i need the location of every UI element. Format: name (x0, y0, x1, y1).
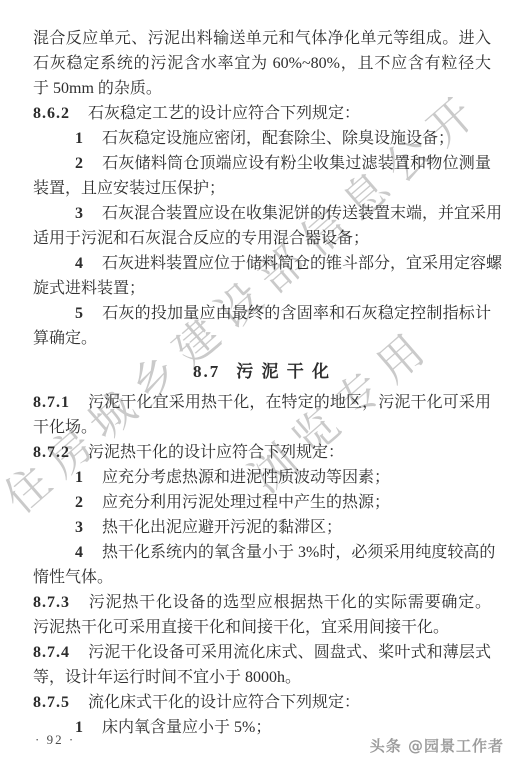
item-number: 5 (75, 305, 84, 322)
text-line: 8.7.1污泥干化宜采用热干化，在特定的地区，污泥干化可采用 (33, 390, 491, 415)
document-page: 住房城乡建设部信息公开 浏览专用 混合反应单元、污泥出料输送单元和气体净化单元等… (0, 0, 520, 766)
line-text: 石灰进料装置应位于储料筒仓的锥斗部分，宜采用定容螺 (102, 255, 502, 272)
text-line: 8.7.4污泥干化设备可采用流化床式、圆盘式、桨叶式和薄层式 (33, 640, 491, 665)
line-text: 石灰稳定系统的污泥含水率宜为 60%~80%，且不应含有粒径大 (33, 55, 491, 72)
line-text: 应充分利用污泥处理过程中产生的热源； (102, 494, 390, 511)
text-line: 污泥热干化可采用直接干化和间接干化，宜采用间接干化。 (33, 615, 491, 640)
document-content: 混合反应单元、污泥出料输送单元和气体净化单元等组成。进入石灰稳定系统的污泥含水率… (33, 26, 491, 740)
line-text: 污泥热干化设备的选型应根据热干化的实际需要确定。 (88, 594, 491, 611)
text-line: 8.6.2石灰稳定工艺的设计应符合下列规定： (33, 101, 491, 126)
heading-title: 污 泥 干 化 (236, 362, 331, 381)
text-line: 1石灰稳定设施应密闭，配套除尘、除臭设施设备； (33, 126, 491, 151)
clause-number: 8.6.2 (33, 105, 70, 122)
text-line: 1应充分考虑热源和进泥性质波动等因素； (33, 465, 491, 490)
line-text: 污泥热干化可采用直接干化和间接干化，宜采用间接干化。 (33, 619, 449, 636)
text-line: 装置，且应安装过压保护； (33, 176, 491, 201)
text-line: 算确定。 (33, 326, 491, 351)
text-line: 旋式进料装置； (33, 276, 491, 301)
line-text: 装置，且应安装过压保护； (33, 180, 225, 197)
text-line: 2石灰储料筒仓顶端应设有粉尘收集过滤装置和物位测量 (33, 151, 491, 176)
line-text: 旋式进料装置； (33, 280, 145, 297)
item-number: 2 (75, 155, 84, 172)
text-line: 混合反应单元、污泥出料输送单元和气体净化单元等组成。进入 (33, 26, 491, 51)
text-line: 8.7.2污泥热干化的设计应符合下列规定： (33, 440, 491, 465)
line-text: 污泥热干化的设计应符合下列规定： (88, 444, 344, 461)
line-text: 石灰混合装置应设在收集泥饼的传送装置末端，并宜采用 (102, 205, 502, 222)
item-number: 4 (75, 544, 84, 561)
line-text: 热干化出泥应避开污泥的黏滞区； (102, 519, 342, 536)
clause-number: 8.7.3 (33, 594, 70, 611)
text-line: 3石灰混合装置应设在收集泥饼的传送装置末端，并宜采用 (33, 201, 491, 226)
line-text: 热干化系统内的氧含量小于 3%时，必须采用纯度较高的 (102, 544, 495, 561)
line-text: 惰性气体。 (33, 569, 113, 586)
text-line: 8.7.5流化床式干化的设计应符合下列规定： (33, 690, 491, 715)
text-line: 2应充分利用污泥处理过程中产生的热源； (33, 490, 491, 515)
line-text: 石灰稳定设施应密闭，配套除尘、除臭设施设备； (102, 130, 454, 147)
clause-number: 8.7.4 (33, 644, 70, 661)
line-text: 混合反应单元、污泥出料输送单元和气体净化单元等组成。进入 (33, 30, 491, 47)
line-text: 流化床式干化的设计应符合下列规定： (88, 694, 360, 711)
item-number: 4 (75, 255, 84, 272)
item-number: 2 (75, 494, 84, 511)
text-line: 等，设计年运行时间不宜小于 8000h。 (33, 665, 491, 690)
line-text: 污泥干化设备可采用流化床式、圆盘式、桨叶式和薄层式 (88, 644, 491, 661)
line-text: 算确定。 (33, 330, 97, 347)
line-text: 等，设计年运行时间不宜小于 8000h。 (33, 669, 301, 686)
text-line: 惰性气体。 (33, 565, 491, 590)
text-line: 于 50mm 的杂质。 (33, 76, 491, 101)
line-text: 污泥干化宜采用热干化，在特定的地区，污泥干化可采用 (88, 394, 491, 411)
line-text: 床内氧含量应小于 5%； (102, 719, 271, 736)
text-line: 4石灰进料装置应位于储料筒仓的锥斗部分，宜采用定容螺 (33, 251, 491, 276)
line-text: 石灰的投加量应由最终的含固率和石灰稳定控制指标计 (102, 305, 491, 322)
text-line: 5石灰的投加量应由最终的含固率和石灰稳定控制指标计 (33, 301, 491, 326)
item-number: 1 (75, 130, 84, 147)
line-text: 干化场。 (33, 419, 97, 436)
line-text: 应充分考虑热源和进泥性质波动等因素； (102, 469, 390, 486)
clause-number: 8.7.2 (33, 444, 70, 461)
item-number: 1 (75, 469, 84, 486)
item-number: 3 (75, 205, 84, 222)
line-text: 于 50mm 的杂质。 (33, 80, 162, 97)
item-number: 1 (75, 719, 84, 736)
text-line: 4热干化系统内的氧含量小于 3%时，必须采用纯度较高的 (33, 540, 491, 565)
line-text: 适用于污泥和石灰混合反应的专用混合器设备； (33, 230, 369, 247)
text-line: 适用于污泥和石灰混合反应的专用混合器设备； (33, 226, 491, 251)
section-heading: 8.7污 泥 干 化 (33, 359, 491, 384)
heading-number: 8.7 (193, 362, 220, 381)
text-line: 干化场。 (33, 415, 491, 440)
page-number: · 92 · (35, 732, 75, 748)
text-line: 石灰稳定系统的污泥含水率宜为 60%~80%，且不应含有粒径大 (33, 51, 491, 76)
toutiao-watermark: 头条 @园景工作者 (370, 735, 504, 756)
clause-number: 8.7.1 (33, 394, 70, 411)
text-line: 3热干化出泥应避开污泥的黏滞区； (33, 515, 491, 540)
text-line: 8.7.3污泥热干化设备的选型应根据热干化的实际需要确定。 (33, 590, 491, 615)
line-text: 石灰稳定工艺的设计应符合下列规定： (88, 105, 360, 122)
item-number: 3 (75, 519, 84, 536)
line-text: 石灰储料筒仓顶端应设有粉尘收集过滤装置和物位测量 (102, 155, 491, 172)
clause-number: 8.7.5 (33, 694, 70, 711)
